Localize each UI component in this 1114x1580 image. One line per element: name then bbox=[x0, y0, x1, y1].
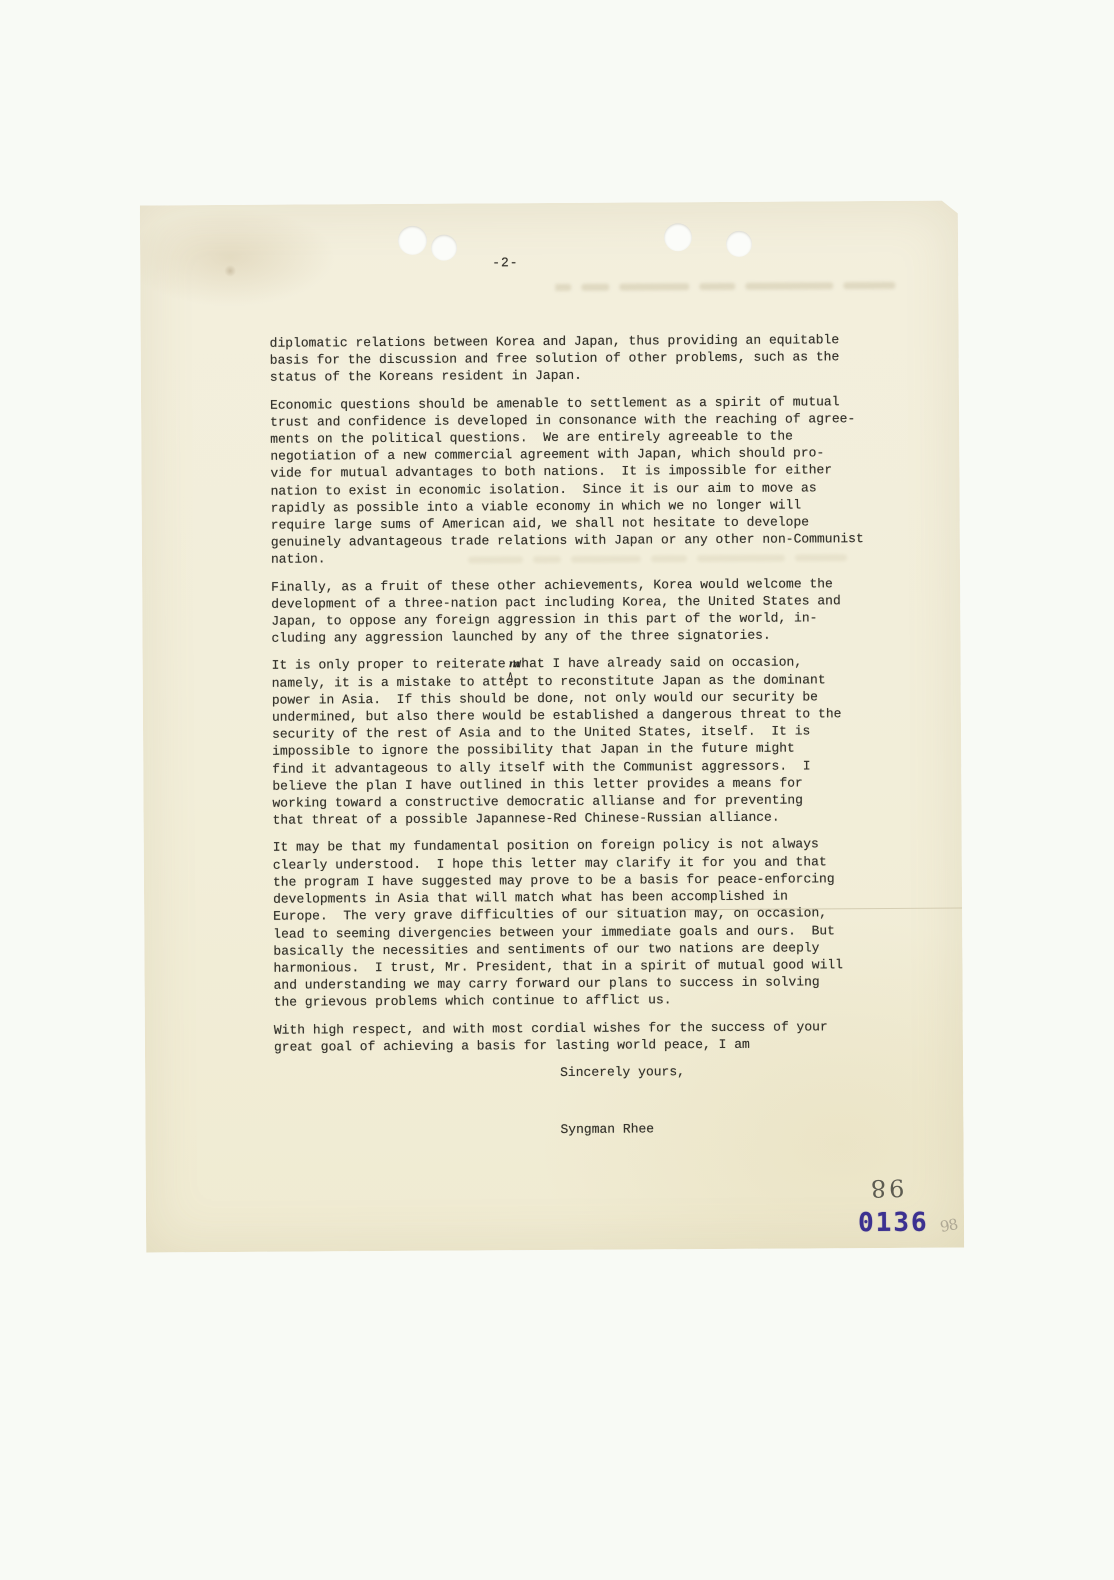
closing-line: Sincerely yours, bbox=[560, 1062, 914, 1081]
page-number: -2- bbox=[492, 255, 518, 270]
paragraph: It is only proper to reiterate what I ha… bbox=[272, 653, 913, 829]
caret-mark: ∧ bbox=[507, 671, 514, 684]
punch-hole bbox=[398, 226, 427, 255]
signature-name: Syngman Rhee bbox=[560, 1119, 914, 1138]
punch-hole bbox=[431, 235, 457, 261]
ink-bleedthrough bbox=[555, 277, 900, 301]
page-stamp: 98 bbox=[868, 1174, 905, 1203]
letter-body: diplomatic relations between Korea and J… bbox=[270, 331, 915, 1140]
punch-hole bbox=[664, 223, 692, 251]
handwritten-insert-m: m bbox=[509, 658, 521, 669]
paragraph: With high respect, and with most cordial… bbox=[274, 1017, 914, 1055]
punch-hole bbox=[726, 231, 752, 257]
frame-number-stamp: 0136 bbox=[858, 1208, 929, 1238]
pencil-annotation: 98 bbox=[939, 1215, 959, 1236]
typewritten-line: that threat of a possible Japannese-Red … bbox=[273, 808, 913, 829]
paragraph: diplomatic relations between Korea and J… bbox=[270, 331, 910, 387]
letter-page: -2- diplomatic relations between Korea a… bbox=[140, 201, 964, 1253]
paragraph: Finally, as a fruit of these other achie… bbox=[271, 574, 911, 647]
typewritten-line: status of the Koreans resident in Japan. bbox=[270, 365, 910, 386]
typewritten-line: the grievous problems which continue to … bbox=[274, 990, 914, 1011]
typewritten-line: cluding any aggression launched by any o… bbox=[271, 626, 911, 647]
typewritten-line: great goal of achieving a basis for last… bbox=[274, 1035, 914, 1056]
paragraph: Economic questions should be amenable to… bbox=[270, 392, 911, 568]
paragraph: It may be that my fundamental position o… bbox=[273, 835, 914, 1011]
typewritten-line: nation. bbox=[271, 547, 911, 568]
